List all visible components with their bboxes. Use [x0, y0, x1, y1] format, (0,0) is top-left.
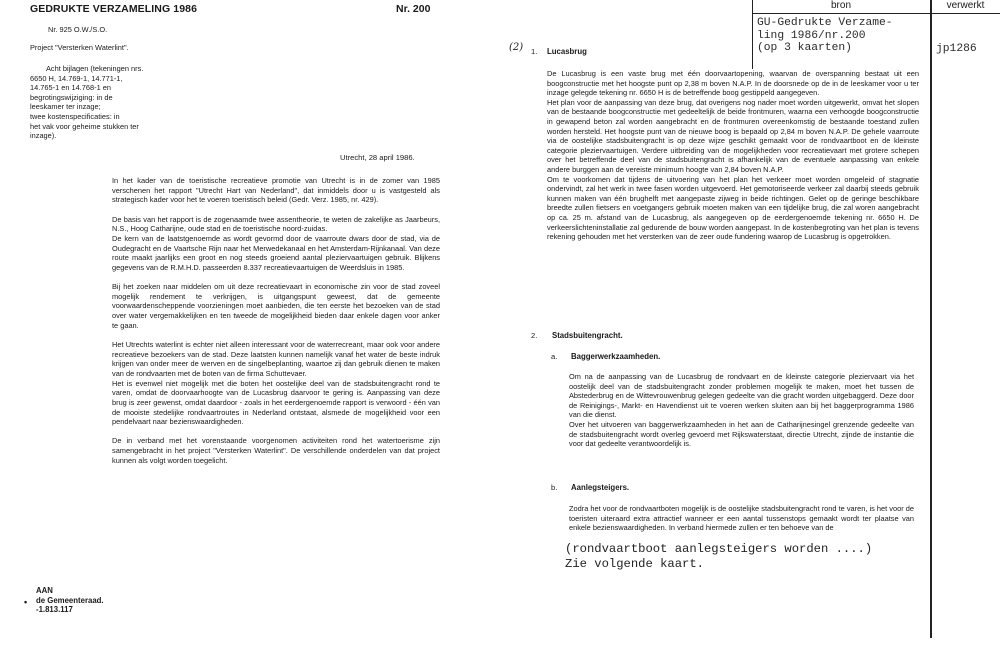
attachments-line: Acht bijlagen (tekeningen nrs.	[30, 64, 170, 74]
subsection-letter: b.	[551, 483, 557, 492]
attachments-line: het vak voor geheime stukken ter	[30, 122, 170, 132]
section-number: 2.	[531, 331, 537, 340]
typed-annotation: Zie volgende kaart.	[565, 557, 704, 571]
typed-annotation: (rondvaartboot aanlegsteigers worden ...…	[565, 542, 872, 556]
subsection-title: Aanlegsteigers.	[571, 483, 629, 492]
attachments-note: Acht bijlagen (tekeningen nrs. 6650 H, 1…	[30, 64, 170, 141]
paragraph: Het Utrechts waterlint is echter niet al…	[112, 340, 440, 379]
attachments-line: twee kostenspecificaties: in	[30, 112, 170, 122]
subsection-letter: a.	[551, 352, 557, 361]
paragraph: Het is evenwel niet mogelijk met die bot…	[112, 379, 440, 427]
paragraph: In het kader van de toeristische recreat…	[112, 176, 440, 205]
column-header-bron: bron	[752, 0, 930, 11]
column-header-verwerkt: verwerkt	[931, 0, 1000, 11]
attachments-line: leeskamer ter inzage;	[30, 102, 170, 112]
verwerkt-value: jp1286	[936, 43, 977, 55]
paragraph: De Lucasbrug is een vaste brug met één d…	[547, 69, 919, 98]
paragraph: Om na de aanpassing van de Lucasbrug de …	[569, 372, 914, 420]
paragraph: Zodra het voor de rondvaartboten mogelij…	[569, 504, 914, 533]
paragraph: Over het uitvoeren van baggerwerkzaamhed…	[569, 420, 914, 449]
addressee-block: AAN de Gemeenteraad. -1.813.117	[36, 586, 104, 615]
paragraph: Om te voorkomen dat tijdens de uitvoerin…	[547, 175, 919, 242]
paragraph: Bij het zoeken naar middelen om uit deze…	[112, 282, 440, 330]
attachments-line: inzage).	[30, 131, 170, 141]
subsection-title: Baggerwerkzaamheden.	[571, 352, 660, 361]
paragraph-group: Het Utrechts waterlint is echter niet al…	[112, 340, 440, 427]
project-name: Project "Versterken Waterlint".	[30, 43, 129, 53]
attachments-line: 14.765-1 en 14.768-1 en	[30, 83, 170, 93]
paragraph: De basis van het rapport is de zogenaamd…	[112, 215, 440, 234]
card-divider-right	[930, 0, 932, 638]
attachments-line: 6650 H, 14.769-1, 14.771-1,	[30, 74, 170, 84]
document-title: GEDRUKTE VERZAMELING 1986	[30, 3, 197, 15]
addressee-code: -1.813.117	[36, 605, 104, 615]
section1-body: De Lucasbrug is een vaste brug met één d…	[547, 69, 919, 242]
addressee-recipient: de Gemeenteraad.	[36, 596, 104, 606]
document-number: Nr. 200	[396, 3, 430, 15]
addressee-label: AAN	[36, 586, 104, 596]
left-body-text: In het kader van de toeristische recreat…	[112, 176, 440, 475]
subsection-a-body: Om na de aanpassing van de Lucasbrug de …	[569, 372, 914, 449]
section-title: Stadsbuitengracht.	[552, 331, 623, 340]
bron-value: GU-Gedrukte Verzame- ling 1986/nr.200 (o…	[757, 17, 893, 55]
reference-number: Nr. 925 O.W./S.O.	[48, 25, 107, 35]
subsection-b-body: Zodra het voor de rondvaartboten mogelij…	[569, 504, 914, 533]
paragraph: De in verband met het vorenstaande voorg…	[112, 436, 440, 465]
card-header-rule	[752, 13, 1000, 14]
letter-date: Utrecht, 28 april 1986.	[340, 153, 415, 162]
attachments-line: begrotingswijziging: in de	[30, 93, 170, 103]
paragraph-group: De basis van het rapport is de zogenaamd…	[112, 215, 440, 273]
paragraph: Het plan voor de aanpassing van deze bru…	[547, 98, 919, 175]
paragraph: De kern van de laatstgenoemde as wordt g…	[112, 234, 440, 273]
bullet-dot-icon: •	[24, 597, 27, 607]
section-number: 1.	[531, 47, 537, 56]
handwritten-mark: (2)	[509, 42, 523, 53]
section-title: Lucasbrug	[547, 47, 587, 56]
